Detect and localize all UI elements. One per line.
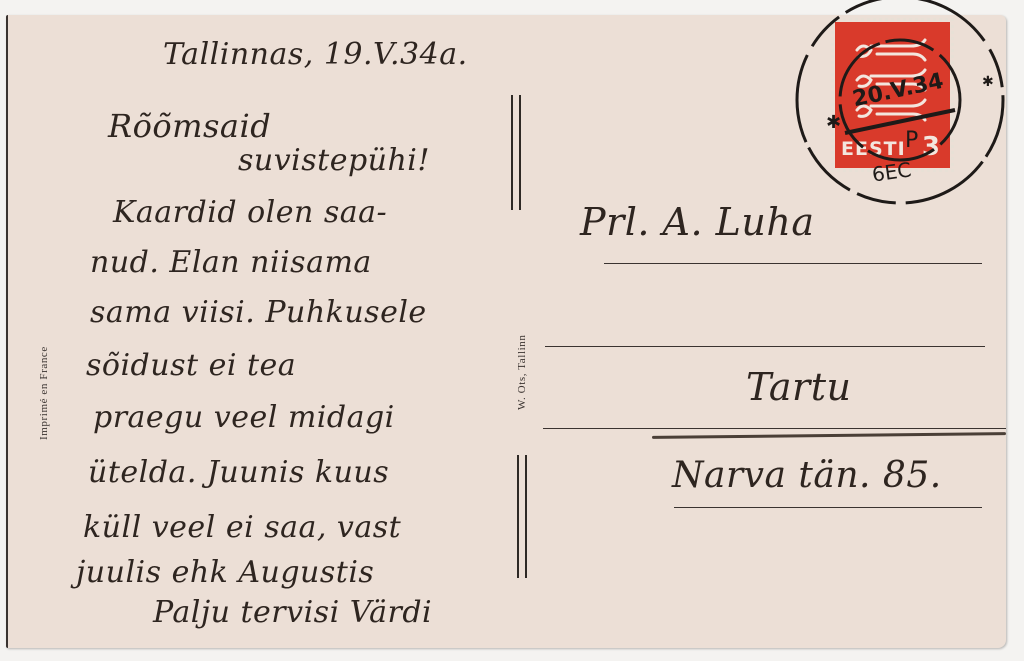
message-line: ütelda. Juunis kuus xyxy=(88,455,389,490)
address-city: Tartu xyxy=(746,365,851,409)
message-line: küll veel ei saa, vast xyxy=(83,510,401,545)
address-rule-1 xyxy=(604,263,982,264)
address-rule-2 xyxy=(545,346,985,347)
postmark-code: P xyxy=(905,128,918,153)
message-line: praegu veel midagi xyxy=(93,400,395,435)
stamp-value: 3 xyxy=(922,132,940,162)
handwritten-underline xyxy=(652,432,1006,439)
message-line: juulis ehk Augustis xyxy=(76,555,374,590)
message-line: nud. Elan niisama xyxy=(90,245,372,280)
address-recipient: Prl. A. Luha xyxy=(580,200,814,244)
signature-line: Palju tervisi Värdi xyxy=(153,595,432,630)
divider-upper-right xyxy=(519,95,521,210)
message-line: sama viisi. Puhkusele xyxy=(90,295,427,330)
imprint-france: Imprimé en France xyxy=(38,346,50,440)
message-line: sõidust ei tea xyxy=(86,348,296,383)
divider-upper-left xyxy=(511,95,513,210)
address-street: Narva tän. 85. xyxy=(672,455,942,496)
address-rule-3 xyxy=(543,428,1006,429)
salutation-line-2: suvistepühi! xyxy=(238,143,430,178)
divider-lower-left xyxy=(517,455,519,578)
salutation-line-1: Rõõmsaid xyxy=(108,107,271,145)
place-date: Tallinnas, 19.V.34a. xyxy=(163,37,468,72)
address-rule-4 xyxy=(674,507,982,508)
stamp-country: EESTI xyxy=(841,138,906,160)
divider-lower-right xyxy=(525,455,527,578)
publisher-imprint: W. Ots, Tallinn xyxy=(516,335,528,410)
message-line: Kaardid olen saa- xyxy=(113,195,387,230)
